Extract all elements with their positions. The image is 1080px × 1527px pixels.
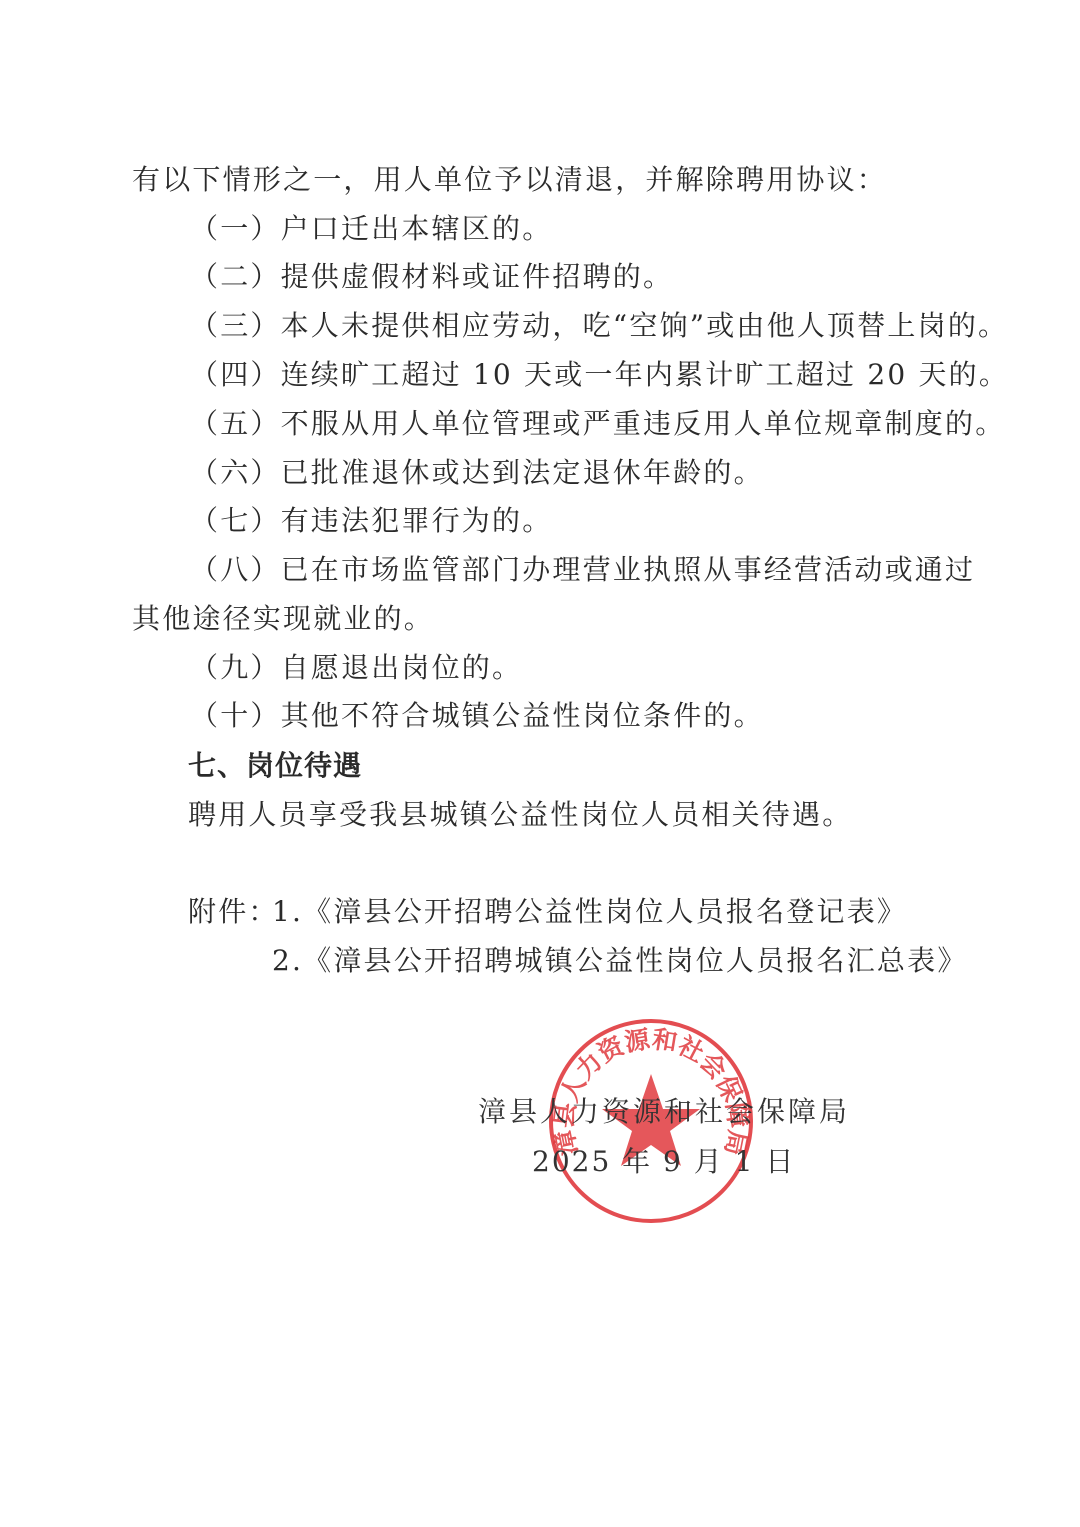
clause-item-6: （六）已批准退休或达到法定退休年龄的。 bbox=[190, 455, 764, 491]
clause-item-1: （一）户口迁出本辖区的。 bbox=[190, 211, 552, 247]
clause-item-4: （四）连续旷工超过 10 天或一年内累计旷工超过 20 天的。 bbox=[190, 357, 1009, 393]
issuer-name: 漳县人力资源和社会保障局 bbox=[478, 1094, 850, 1130]
clause-item-8-continued: 其他途径实现就业的。 bbox=[132, 601, 434, 637]
attachment-item-1: 1.《漳县公开招聘公益性岗位人员报名登记表》 bbox=[272, 894, 907, 930]
clause-item-10: （十）其他不符合城镇公益性岗位条件的。 bbox=[190, 698, 764, 734]
attachments-label: 附件： bbox=[188, 894, 279, 930]
attachment-item-2: 2.《漳县公开招聘城镇公益性岗位人员报名汇总表》 bbox=[272, 943, 968, 979]
clause-item-9: （九）自愿退出岗位的。 bbox=[190, 650, 522, 686]
clause-item-3: （三）本人未提供相应劳动，吃“空饷”或由他人顶替上岗的。 bbox=[190, 308, 1008, 344]
section-body: 聘用人员享受我县城镇公益性岗位人员相关待遇。 bbox=[188, 797, 852, 833]
document-page: 有以下情形之一，用人单位予以清退，并解除聘用协议： （一）户口迁出本辖区的。 （… bbox=[0, 0, 1080, 1527]
intro-line: 有以下情形之一，用人单位予以清退，并解除聘用协议： bbox=[132, 162, 887, 198]
clause-item-8: （八）已在市场监管部门办理营业执照从事经营活动或通过 bbox=[190, 552, 975, 588]
clause-item-5: （五）不服从用人单位管理或严重违反用人单位规章制度的。 bbox=[190, 406, 1005, 442]
clause-item-7: （七）有违法犯罪行为的。 bbox=[190, 503, 552, 539]
section-heading: 七、岗位待遇 bbox=[188, 748, 362, 784]
issue-date: 2025 年 9 月 1 日 bbox=[532, 1144, 795, 1180]
clause-item-2: （二）提供虚假材料或证件招聘的。 bbox=[190, 259, 673, 295]
